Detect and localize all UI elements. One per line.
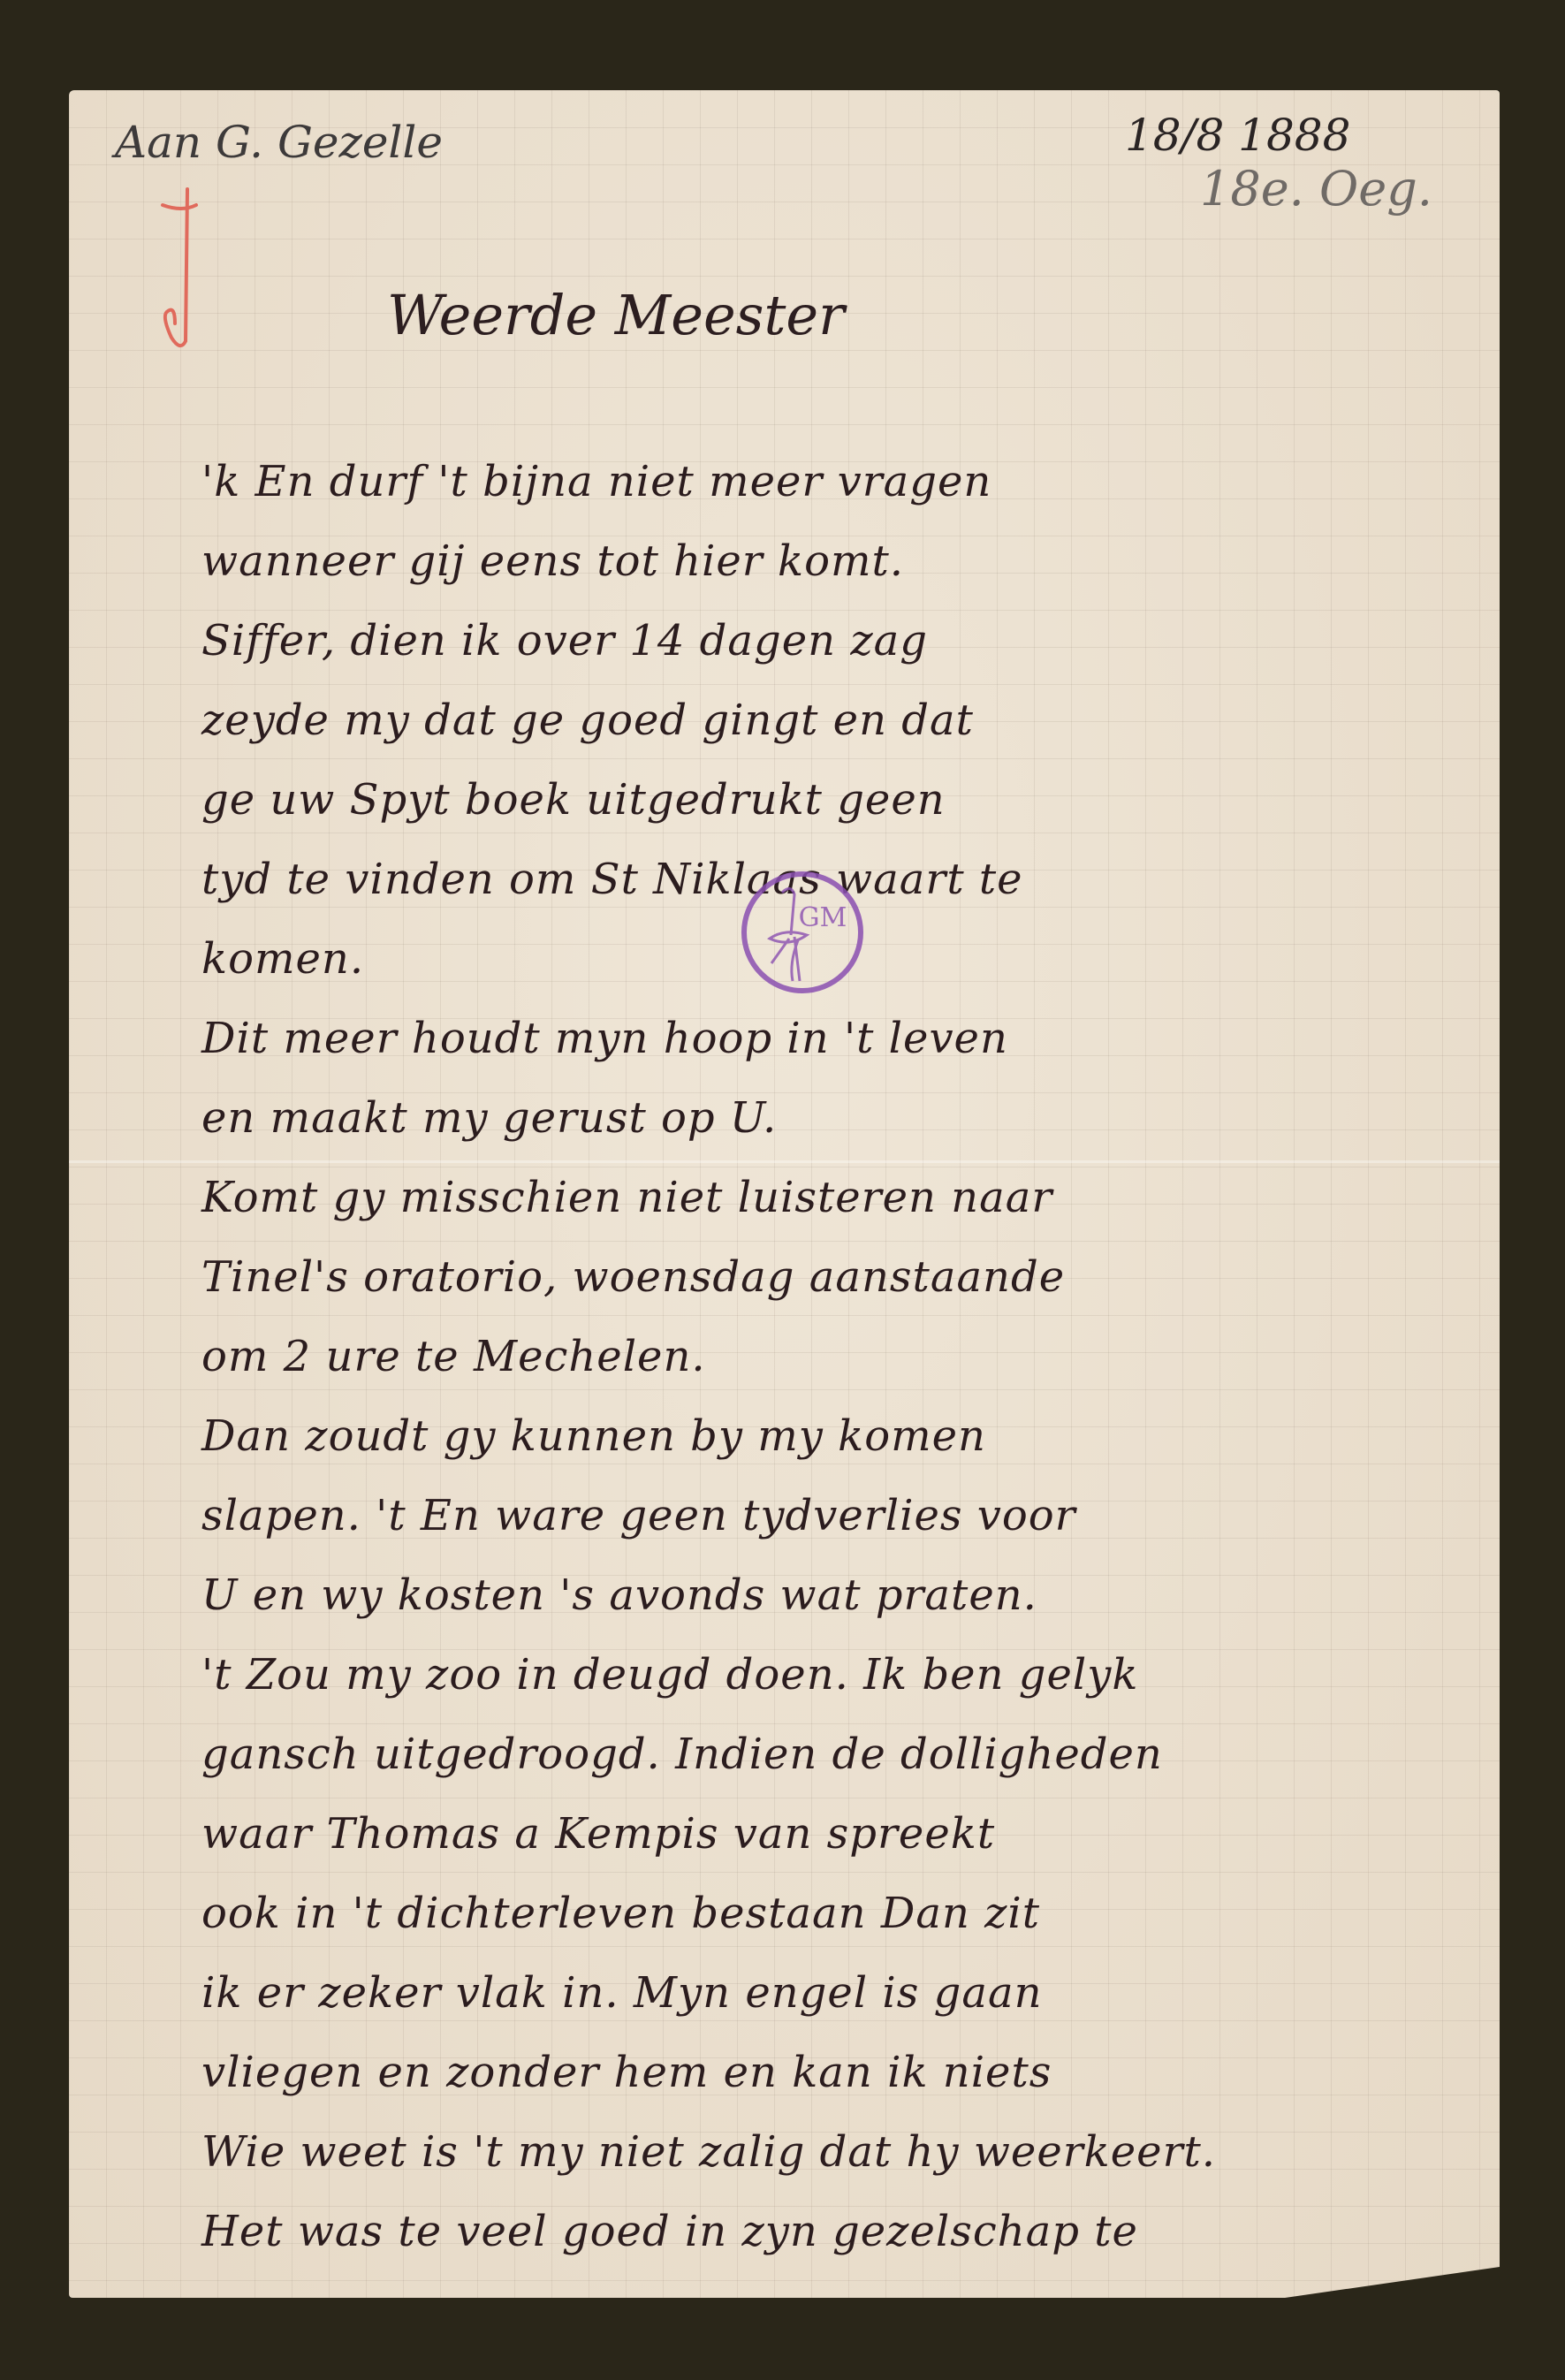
- body-line: gansch uitgedroogd. Indien de dollighede…: [201, 1715, 1492, 1794]
- body-line: zeyde my dat ge goed gingt en dat: [201, 681, 1492, 760]
- body-line: Wie weet is 't my niet zalig dat hy weer…: [201, 2112, 1492, 2192]
- body-line: 't Zou my zoo in deugd doen. Ik ben gely…: [201, 1635, 1492, 1715]
- body-line: en maakt my gerust op U.: [201, 1078, 1492, 1158]
- salutation: Weerde Meester: [387, 283, 845, 347]
- body-line: 'k En durf 't bijna niet meer vragen: [201, 442, 1492, 521]
- archive-stamp-dragonfly-icon: GM: [736, 866, 869, 999]
- body-line: vliegen en zonder hem en kan ik niets: [201, 2033, 1492, 2112]
- body-line: ook in 't dichterleven bestaan Dan zit: [201, 1874, 1492, 1953]
- body-line: Siffer, dien ik over 14 dagen zag: [201, 601, 1492, 681]
- body-line: Tinel's oratorio, woensdag aanstaande: [201, 1237, 1492, 1317]
- body-line: ik er zeker vlak in. Myn engel is gaan: [201, 1953, 1492, 2033]
- body-line: U en wy kosten 's avonds wat praten.: [201, 1555, 1492, 1635]
- letter-body: 'k En durf 't bijna niet meer vragen wan…: [201, 442, 1492, 2271]
- body-line: waar Thomas a Kempis van spreekt: [201, 1794, 1492, 1874]
- red-pencil-j-mark-icon: [156, 182, 200, 359]
- body-line: Dan zoudt gy kunnen by my komen: [201, 1396, 1492, 1476]
- svg-text:GM: GM: [799, 902, 847, 933]
- letter-date: 18/8 1888: [1125, 110, 1350, 161]
- addressee-note: Aan G. Gezelle: [115, 117, 443, 168]
- body-line: Komt gy misschien niet luisteren naar: [201, 1158, 1492, 1237]
- body-line: wanneer gij eens tot hier komt.: [201, 521, 1492, 601]
- letter-page: Aan G. Gezelle 18/8 1888 18e. Oeg. Weerd…: [69, 90, 1500, 2298]
- pencil-date-note: 18e. Oeg.: [1200, 161, 1432, 217]
- body-line: slapen. 't En ware geen tydverlies voor: [201, 1476, 1492, 1555]
- body-line: ge uw Spyt boek uitgedrukt geen: [201, 760, 1492, 840]
- body-line: om 2 ure te Mechelen.: [201, 1317, 1492, 1396]
- body-line: Het was te veel goed in zyn gezelschap t…: [201, 2192, 1492, 2271]
- body-line: Dit meer houdt myn hoop in 't leven: [201, 999, 1492, 1078]
